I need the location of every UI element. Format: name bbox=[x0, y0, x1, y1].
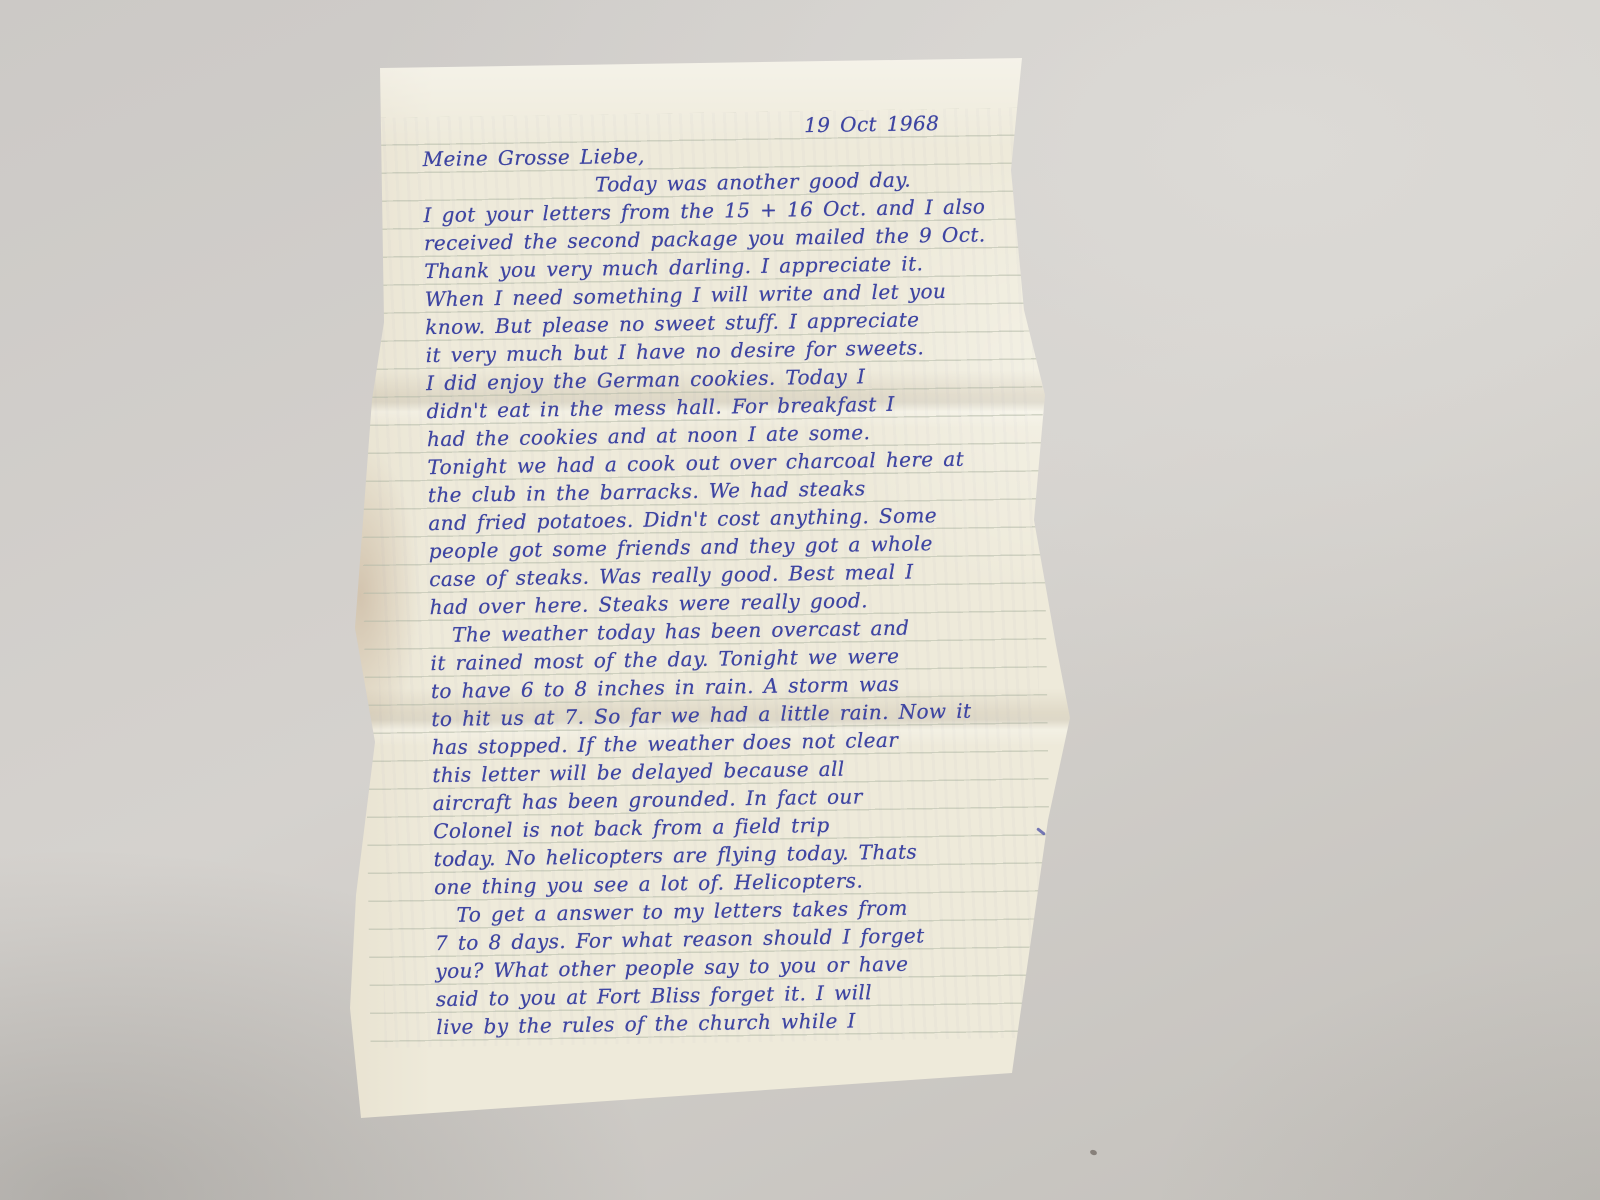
dust-speck bbox=[1089, 1149, 1097, 1156]
writing-area: 19 Oct 1968 Meine Grosse Liebe, Today wa… bbox=[370, 108, 1045, 1048]
letter-page: 19 Oct 1968 Meine Grosse Liebe, Today wa… bbox=[330, 50, 1075, 1128]
photo-scene: 19 Oct 1968 Meine Grosse Liebe, Today wa… bbox=[0, 0, 1600, 1200]
letter-text: 19 Oct 1968 Meine Grosse Liebe, Today wa… bbox=[422, 107, 1084, 1041]
